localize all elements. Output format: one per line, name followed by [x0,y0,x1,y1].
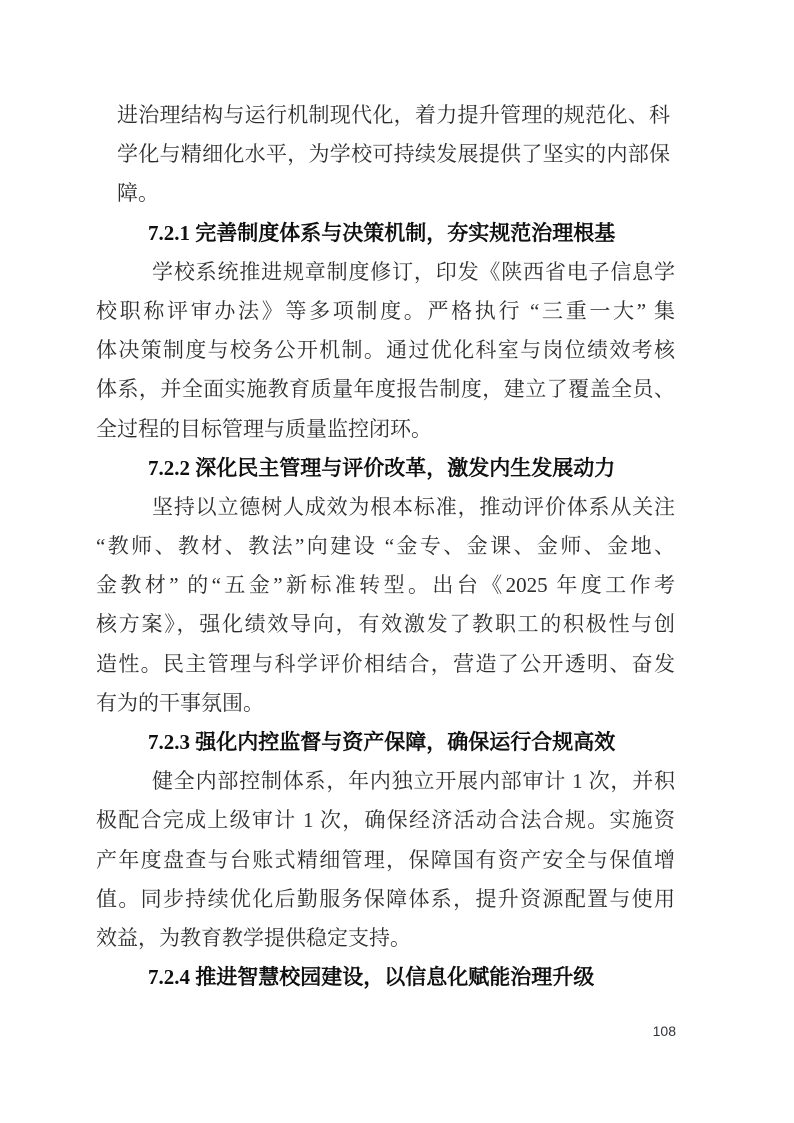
text-line: 极配合完成上级审计 1 次，确保经济活动合法合规。实施资 [96,801,675,840]
text-line: 健全内部控制体系，年内独立开展内部审计 1 次，并积 [96,762,675,801]
paragraph: 健全内部控制体系，年内独立开展内部审计 1 次，并积极配合完成上级审计 1 次，… [96,762,675,958]
text-line: 造性。民主管理与科学评价相结合，营造了公开透明、奋发 [96,645,675,684]
text-line: 核方案》，强化绩效导向，有效激发了教职工的积极性与创 [96,605,675,644]
paragraph: 进治理结构与运行机制现代化，着力提升管理的规范化、科学化与精细化水平，为学校可持… [117,96,670,214]
text-line: 值。同步持续优化后勤服务保障体系，提升资源配置与使用 [96,880,675,919]
heading-line: 7.2.4 推进智慧校园建设，以信息化赋能治理升级 [96,958,675,997]
text-line: 学化与精细化水平，为学校可持续发展提供了坚实的内部保 [117,135,670,174]
paragraph: 学校系统推进规章制度修订，印发《陕西省电子信息学校职称评审办法》等多项制度。严格… [96,253,675,449]
section-heading: 7.2.3 强化内控监督与资产保障，确保运行合规高效 [96,723,675,762]
section-heading: 7.2.1 完善制度体系与决策机制，夯实规范治理根基 [96,214,675,253]
text-line: “教师、教材、教法”向建设 “金专、金课、金师、金地、 [96,527,675,566]
section-heading: 7.2.2 深化民主管理与评价改革，激发内生发展动力 [96,449,675,488]
paragraph: 坚持以立德树人成效为根本标准，推动评价体系从关注“教师、教材、教法”向建设 “金… [96,488,675,723]
heading-line: 7.2.2 深化民主管理与评价改革，激发内生发展动力 [96,449,675,488]
text-line: 校职称评审办法》等多项制度。严格执行 “三重一大” 集 [96,292,675,331]
text-line: 全过程的目标管理与质量监控闭环。 [96,410,675,449]
heading-line: 7.2.3 强化内控监督与资产保障，确保运行合规高效 [96,723,675,762]
text-line: 体系，并全面实施教育质量年度报告制度，建立了覆盖全员、 [96,370,675,409]
text-line: 金教材” 的“五金”新标准转型。出台《2025 年度工作考 [96,566,675,605]
text-line: 进治理结构与运行机制现代化，着力提升管理的规范化、科 [117,96,670,135]
text-line: 障。 [117,174,670,213]
text-line: 学校系统推进规章制度修订，印发《陕西省电子信息学 [96,253,675,292]
section-heading: 7.2.4 推进智慧校园建设，以信息化赋能治理升级 [96,958,675,997]
heading-line: 7.2.1 完善制度体系与决策机制，夯实规范治理根基 [96,214,675,253]
text-line: 效益，为教育教学提供稳定支持。 [96,919,675,958]
page-number: 108 [96,1022,676,1040]
document-page: 进治理结构与运行机制现代化，着力提升管理的规范化、科学化与精细化水平，为学校可持… [0,0,794,1123]
text-line: 产年度盘查与台账式精细管理，保障国有资产安全与保值增 [96,841,675,880]
text-line: 体决策制度与校务公开机制。通过优化科室与岗位绩效考核 [96,331,675,370]
text-line: 坚持以立德树人成效为根本标准，推动评价体系从关注 [96,488,675,527]
document-text-block: 进治理结构与运行机制现代化，着力提升管理的规范化、科学化与精细化水平，为学校可持… [96,96,675,997]
text-line: 有为的干事氛围。 [96,684,675,723]
